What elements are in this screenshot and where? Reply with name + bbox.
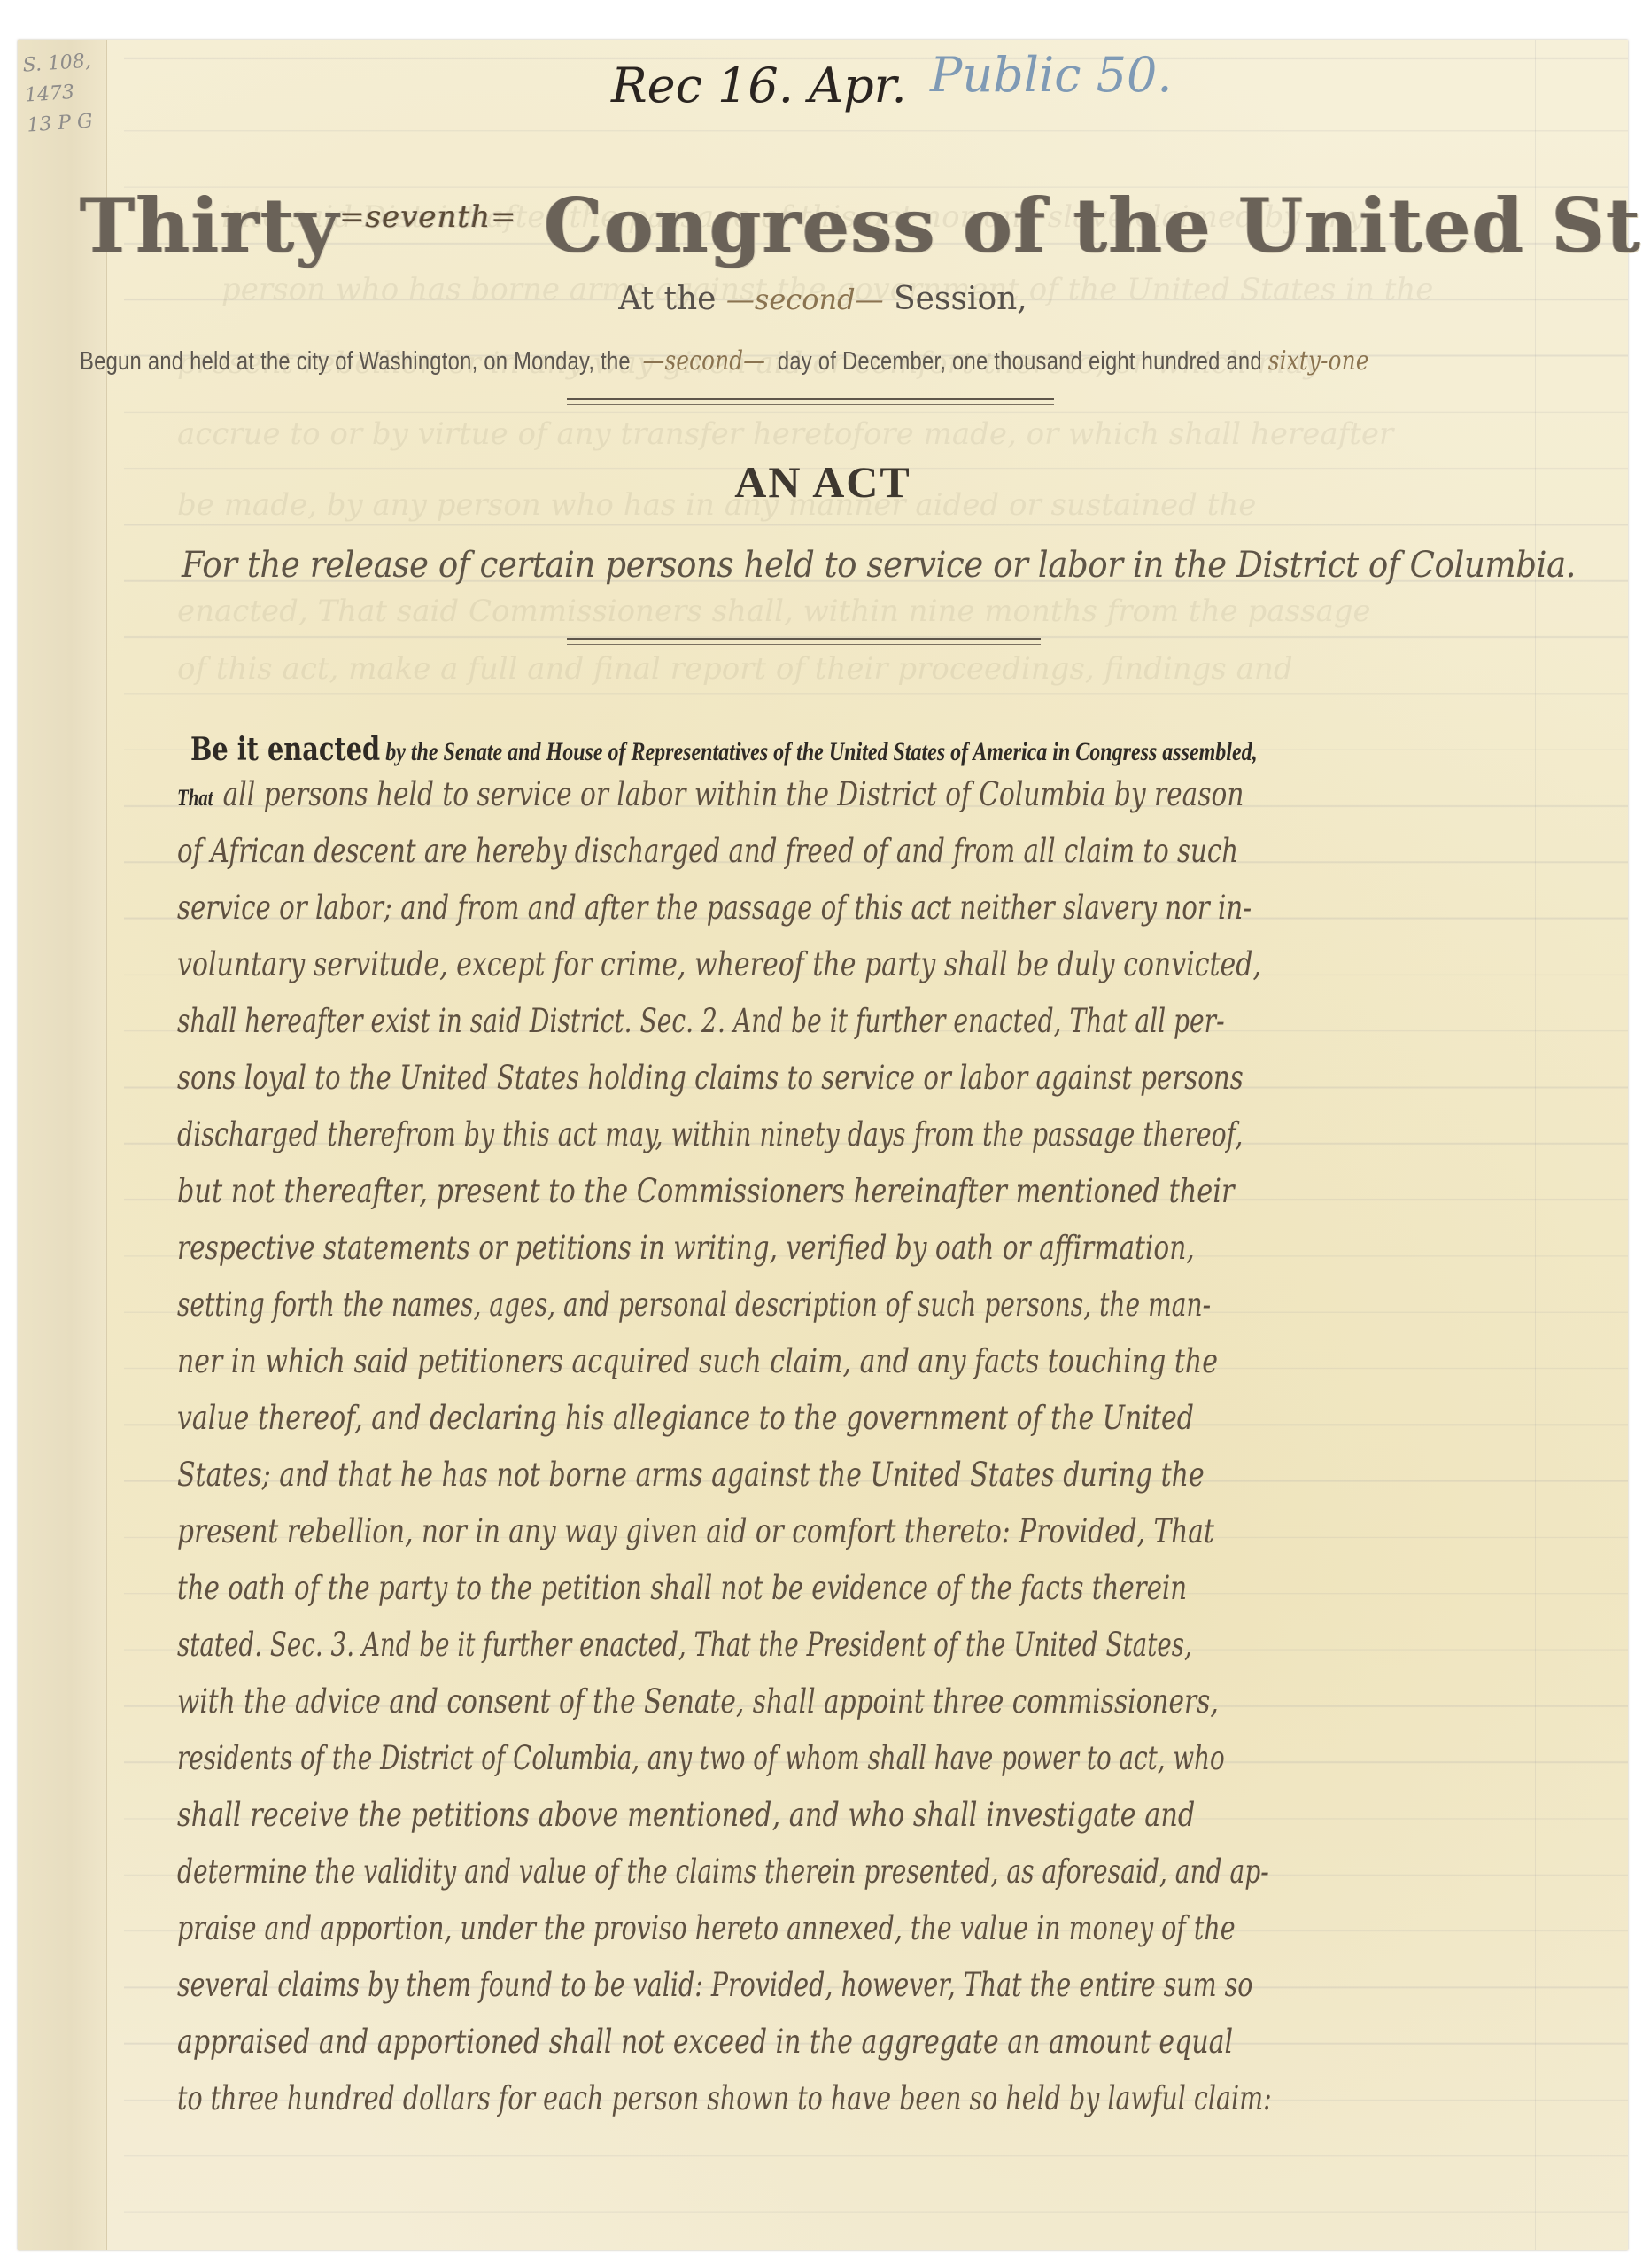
bleed-through: enacted, That said Commissioners shall, … <box>177 594 1371 629</box>
body-line: to three hundred dollars for each person… <box>177 2079 1272 2135</box>
margin-rule <box>1535 40 1536 2250</box>
body-line: shall hereafter exist in said District. … <box>177 1002 1225 1058</box>
body-line: present rebellion, nor in any way given … <box>177 1512 1214 1568</box>
public-law-number: Public 50. <box>930 47 1173 103</box>
title-ordinal-printed: Thirty <box>80 182 339 269</box>
enacting-rest: by the Senate and House of Representativ… <box>385 737 1257 766</box>
bleed-through: accrue to or by virtue of any transfer h… <box>177 416 1393 452</box>
divider-rule <box>567 638 1041 645</box>
margin-notes: S. 108, 1473 13 P G <box>22 46 97 141</box>
body-line: value thereof, and declaring his allegia… <box>177 1399 1194 1455</box>
body-line: voluntary servitude, except for crime, w… <box>177 945 1261 1001</box>
body-line: Thatall persons held to service or labor… <box>177 775 1244 831</box>
body-line: setting forth the names, ages, and perso… <box>177 1285 1211 1341</box>
act-heading: AN ACT <box>18 456 1628 508</box>
bleed-through: of this act, make a full and final repor… <box>177 651 1293 687</box>
body-line: residents of the District of Columbia, a… <box>177 1739 1225 1795</box>
begun-year: sixty-one <box>1268 346 1369 377</box>
body-line: shall receive the petitions above mentio… <box>177 1796 1195 1852</box>
margin-note: S. 108, <box>22 46 92 81</box>
enacting-lead: Be it enacted <box>190 731 380 768</box>
session-line: At the —second— Session, <box>18 281 1628 317</box>
session-handwritten: second <box>755 283 856 316</box>
act-title: For the release of certain persons held … <box>182 545 1576 586</box>
body-line: the oath of the party to the petition sh… <box>177 1569 1187 1625</box>
begun-prefix: Begun and held at the city of Washington… <box>80 347 631 376</box>
docket-note: Rec 16. Apr. <box>611 58 907 113</box>
body-line: appraised and apportioned shall not exce… <box>177 2023 1233 2078</box>
body-first-word: That <box>177 785 213 811</box>
body-line: respective statements or petitions in wr… <box>177 1229 1195 1285</box>
body-line: determine the validity and value of the … <box>177 1852 1269 1908</box>
body-line: praise and apportion, under the proviso … <box>177 1909 1236 1965</box>
session-suffix: Session, <box>894 281 1027 317</box>
body-line: ner in which said petitioners acquired s… <box>177 1342 1218 1398</box>
body-line: with the advice and consent of the Senat… <box>177 1682 1219 1738</box>
begun-line: Begun and held at the city of Washington… <box>80 346 1369 377</box>
body-line: service or labor; and from and after the… <box>177 889 1252 944</box>
body-line: discharged therefrom by this act may, wi… <box>177 1115 1243 1171</box>
body-line: of African descent are hereby discharged… <box>177 832 1238 888</box>
body-line: but not thereafter, present to the Commi… <box>177 1172 1234 1228</box>
divider-rule <box>567 398 1054 405</box>
margin-note: 1473 <box>24 76 94 111</box>
begun-middle: day of December, one thousand eight hund… <box>778 347 1262 376</box>
session-prefix: At the <box>618 281 716 317</box>
body-line: States; and that he has not borne arms a… <box>177 1456 1205 1511</box>
title-rest: Congress of the United States of America… <box>544 182 1643 269</box>
margin-note: 13 P G <box>26 106 96 141</box>
page-title: Thirty=seventh= Congress of the United S… <box>80 182 1461 269</box>
body-line: several claims by them found to be valid… <box>177 1966 1252 2022</box>
enacting-clause: Be it enacted by the Senate and House of… <box>190 731 1258 768</box>
body-line: stated. Sec. 3. And be it further enacte… <box>177 1626 1192 1682</box>
title-ordinal-handwritten: seventh <box>366 199 491 235</box>
body-line: sons loyal to the United States holding … <box>177 1059 1244 1115</box>
document-page: S. 108, 1473 13 P G into said District a… <box>18 40 1628 2250</box>
begun-day: second <box>664 346 743 377</box>
